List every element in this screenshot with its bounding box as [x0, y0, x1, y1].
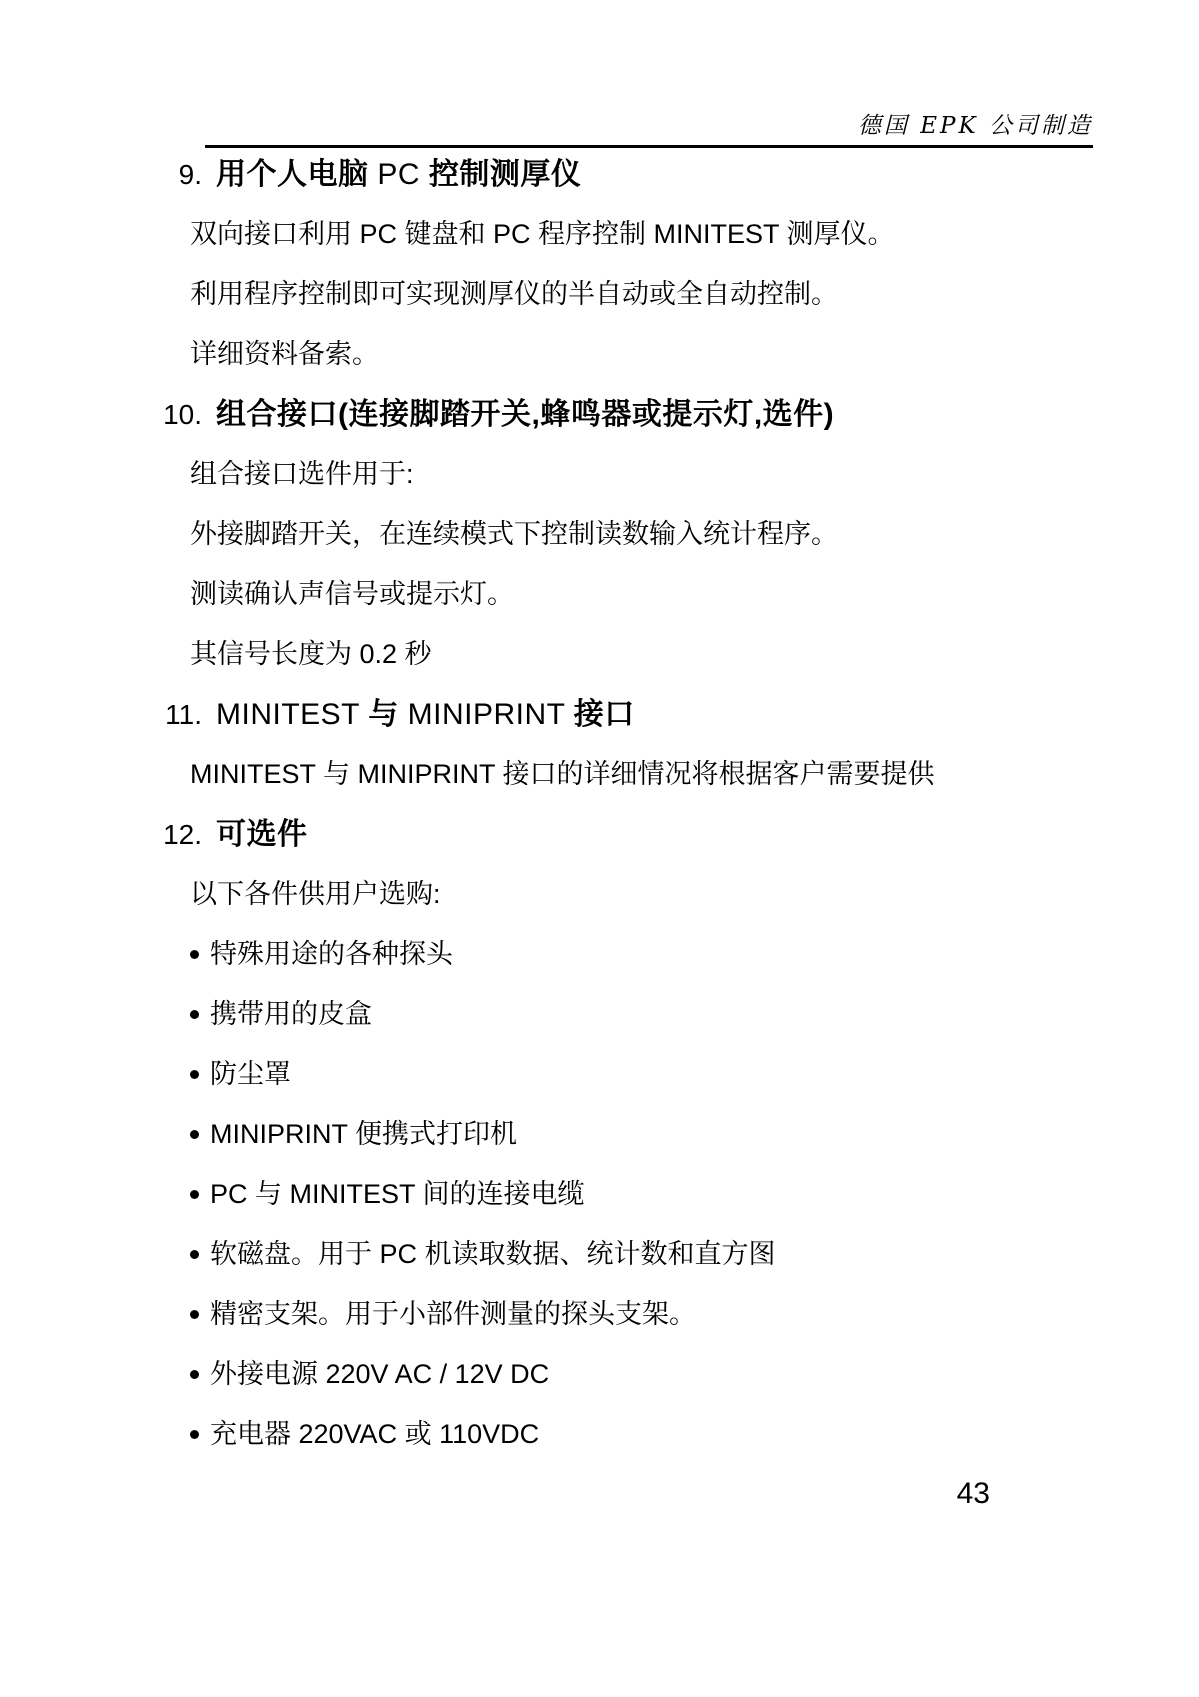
- list-item: 携带用的皮盒: [190, 998, 1093, 1031]
- paragraph: 双向接口利用 PC 键盘和 PC 程序控制 MINITEST 测厚仪。: [190, 218, 1093, 251]
- list-item: 充电器 220VAC 或 110VDC: [190, 1418, 1093, 1451]
- bullet-text: 防尘罩: [210, 1058, 291, 1091]
- section-11: 11. MINITEST 与 MINIPRINT 接口 MINITEST 与 M…: [158, 698, 1093, 791]
- section-10: 10. 组合接口(连接脚踏开关,蜂鸣器或提示灯,选件) 组合接口选件用于: 外接…: [158, 398, 1093, 671]
- bullet-dot-icon: [190, 1130, 199, 1139]
- bullet-dot-icon: [190, 1250, 199, 1259]
- section-9-heading: 9. 用个人电脑 PC 控制测厚仪: [158, 158, 1093, 191]
- bullet-dot-icon: [190, 1430, 199, 1439]
- section-12-heading: 12. 可选件: [158, 818, 1093, 851]
- paragraph: 以下各件供用户选购:: [190, 878, 1093, 911]
- section-9: 9. 用个人电脑 PC 控制测厚仪 双向接口利用 PC 键盘和 PC 程序控制 …: [158, 158, 1093, 371]
- header-rule-divider: [205, 145, 1093, 148]
- bullet-text: 携带用的皮盒: [210, 998, 372, 1031]
- list-item: 精密支架。用于小部件测量的探头支架。: [190, 1298, 1093, 1331]
- bullet-text: 精密支架。用于小部件测量的探头支架。: [210, 1298, 696, 1331]
- bullet-text: 充电器 220VAC 或 110VDC: [210, 1418, 539, 1451]
- bullet-text: 特殊用途的各种探头: [210, 938, 453, 971]
- section-10-number: 10.: [158, 398, 202, 431]
- bullet-dot-icon: [190, 1010, 199, 1019]
- section-12-title: 可选件: [216, 818, 308, 851]
- section-12: 12. 可选件 以下各件供用户选购: 特殊用途的各种探头 携带用的皮盒 防尘罩: [158, 818, 1093, 1451]
- section-11-number: 11.: [158, 698, 202, 731]
- document-page: 德国 EPK 公司制造 9. 用个人电脑 PC 控制测厚仪 双向接口利用 PC …: [0, 0, 1199, 1697]
- bullet-dot-icon: [190, 950, 199, 959]
- list-item: 防尘罩: [190, 1058, 1093, 1091]
- list-item: MINIPRINT 便携式打印机: [190, 1118, 1093, 1151]
- paragraph: 组合接口选件用于:: [190, 458, 1093, 491]
- paragraph: 详细资料备索。: [190, 338, 1093, 371]
- paragraph: 利用程序控制即可实现测厚仪的半自动或全自动控制。: [190, 278, 1093, 311]
- bullet-dot-icon: [190, 1190, 199, 1199]
- bullet-dot-icon: [190, 1370, 199, 1379]
- page-header: 德国 EPK 公司制造: [205, 112, 1093, 140]
- page-number: 43: [957, 1477, 990, 1511]
- bullet-text: PC 与 MINITEST 间的连接电缆: [210, 1178, 585, 1211]
- options-list: 特殊用途的各种探头 携带用的皮盒 防尘罩 MINIPRINT 便携式打印机 PC…: [158, 938, 1093, 1451]
- section-10-heading: 10. 组合接口(连接脚踏开关,蜂鸣器或提示灯,选件): [158, 398, 1093, 431]
- paragraph: MINITEST 与 MINIPRINT 接口的详细情况将根据客户需要提供: [190, 758, 1093, 791]
- section-12-number: 12.: [158, 818, 202, 851]
- list-item: 外接电源 220V AC / 12V DC: [190, 1358, 1093, 1391]
- list-item: 软磁盘。用于 PC 机读取数据、统计数和直方图: [190, 1238, 1093, 1271]
- bullet-text: 软磁盘。用于 PC 机读取数据、统计数和直方图: [210, 1238, 776, 1271]
- bullet-text: 外接电源 220V AC / 12V DC: [210, 1358, 549, 1391]
- paragraph: 外接脚踏开关，在连续模式下控制读数输入统计程序。: [190, 518, 1093, 551]
- document-content: 9. 用个人电脑 PC 控制测厚仪 双向接口利用 PC 键盘和 PC 程序控制 …: [158, 158, 1093, 1478]
- list-item: 特殊用途的各种探头: [190, 938, 1093, 971]
- header-manufacturer-text: 德国 EPK 公司制造: [858, 113, 1093, 139]
- section-11-title: MINITEST 与 MINIPRINT 接口: [216, 698, 635, 731]
- bullet-dot-icon: [190, 1070, 199, 1079]
- section-10-title: 组合接口(连接脚踏开关,蜂鸣器或提示灯,选件): [216, 398, 834, 431]
- bullet-dot-icon: [190, 1310, 199, 1319]
- section-9-title: 用个人电脑 PC 控制测厚仪: [216, 158, 581, 191]
- section-9-number: 9.: [158, 158, 202, 191]
- section-11-heading: 11. MINITEST 与 MINIPRINT 接口: [158, 698, 1093, 731]
- bullet-text: MINIPRINT 便携式打印机: [210, 1118, 517, 1151]
- paragraph: 测读确认声信号或提示灯。: [190, 578, 1093, 611]
- list-item: PC 与 MINITEST 间的连接电缆: [190, 1178, 1093, 1211]
- paragraph: 其信号长度为 0.2 秒: [190, 638, 1093, 671]
